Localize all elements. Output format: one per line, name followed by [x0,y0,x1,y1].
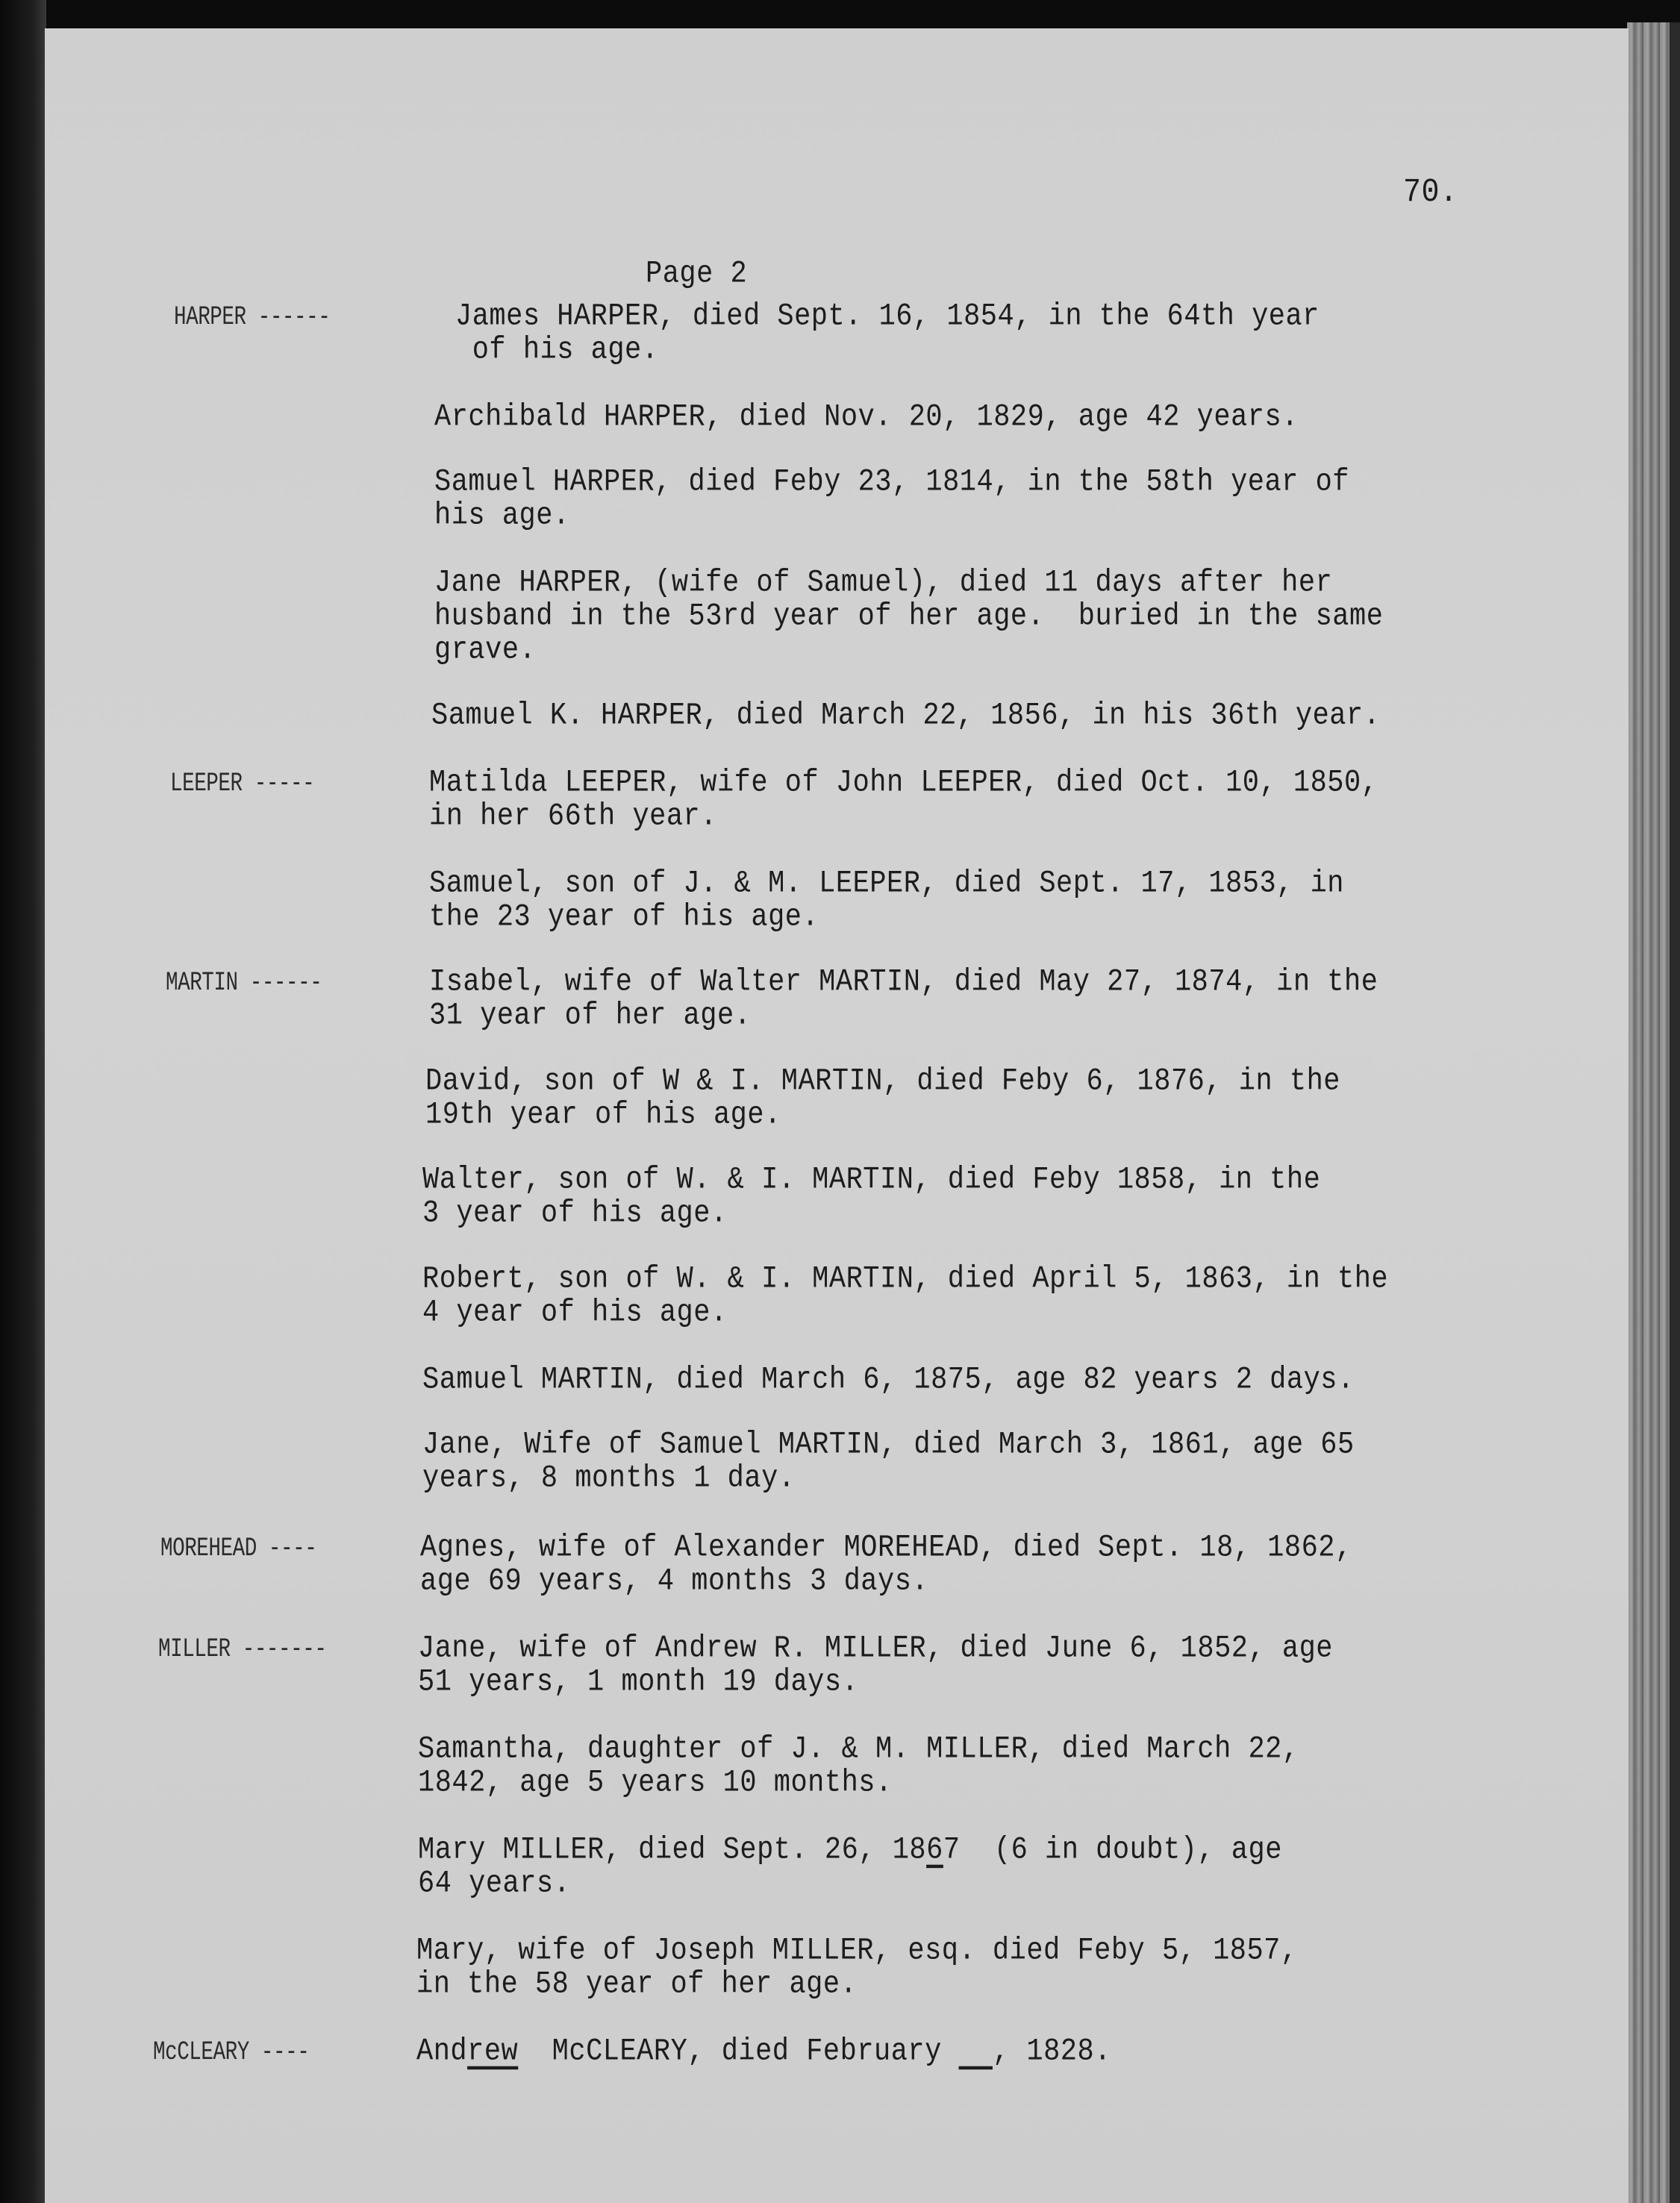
record-line: of his age. [455,332,658,369]
record-line: 19th year of his age. [425,1097,781,1134]
record-line: in the 58 year of her age. [416,1966,857,2004]
record-line: 1842, age 5 years 10 months. [418,1765,893,1802]
page-subtitle: Page 2 [646,256,747,293]
record-line: Samuel K. HARPER, died March 22, 1856, i… [431,698,1380,735]
record-line: grave. [434,632,536,669]
record-line: Samuel MARTIN, died March 6, 1875, age 8… [422,1362,1355,1399]
surname-label: MILLER ------- [158,1631,326,1670]
record-line: in her 66th year. [429,799,717,836]
record-line: Samuel, son of J. & M. LEEPER, died Sept… [429,866,1344,903]
record-line: Jane HARPER, (wife of Samuel), died 11 d… [434,565,1332,602]
record-line: James HARPER, died Sept. 16, 1854, in th… [455,299,1320,336]
record-line: 4 year of his age. [422,1295,728,1332]
record-line: Mary MILLER, died Sept. 26, 1867 (6 in d… [418,1832,1282,1869]
record-line: Mary, wife of Joseph MILLER, esq. died F… [416,1933,1298,1970]
record-line: Jane, Wife of Samuel MARTIN, died March … [422,1427,1355,1464]
record-line: 64 years. [418,1866,570,1903]
record-line: Andrew McCLEARY, died February , 1828. [416,2034,1111,2071]
record-line: Matilda LEEPER, wife of John LEEPER, die… [429,765,1378,802]
page-number: 70. [1403,174,1458,211]
surname-label: McCLEARY ---- [153,2034,309,2073]
record-line: Samuel HARPER, died Feby 23, 1814, in th… [434,464,1349,501]
record-line: years, 8 months 1 day. [422,1460,795,1498]
record-line: Walter, son of W. & I. MARTIN, died Feby… [422,1162,1320,1199]
record-line: David, son of W & I. MARTIN, died Feby 6… [425,1063,1340,1101]
record-line: Robert, son of W. & I. MARTIN, died Apri… [422,1261,1388,1299]
book-page-edges [1627,22,1680,2203]
surname-label: MARTIN ------ [166,964,322,1004]
record-line: 3 year of his age. [422,1196,728,1233]
record-line: Agnes, wife of Alexander MOREHEAD, died … [420,1530,1352,1567]
typewritten-page: 70. Page 2 HARPER ------James HARPER, di… [45,28,1629,2203]
record-line: 31 year of her age. [429,998,751,1035]
record-line: Samantha, daughter of J. & M. MILLER, di… [418,1731,1299,1769]
record-line: the 23 year of his age. [429,899,819,937]
record-line: his age. [434,498,570,535]
record-line: Jane, wife of Andrew R. MILLER, died Jun… [418,1631,1333,1668]
record-line: Isabel, wife of Walter MARTIN, died May … [429,964,1378,1001]
surname-label: LEEPER ----- [170,765,314,804]
surname-label: MOREHEAD ---- [160,1530,316,1569]
record-line: 51 years, 1 month 19 days. [418,1664,858,1702]
record-line: husband in the 53rd year of her age. bur… [434,599,1383,636]
surname-label: HARPER ------ [174,299,330,338]
record-line: age 69 years, 4 months 3 days. [420,1563,928,1601]
record-line: Archibald HARPER, died Nov. 20, 1829, ag… [434,399,1299,437]
scan-left-border [0,0,46,2203]
